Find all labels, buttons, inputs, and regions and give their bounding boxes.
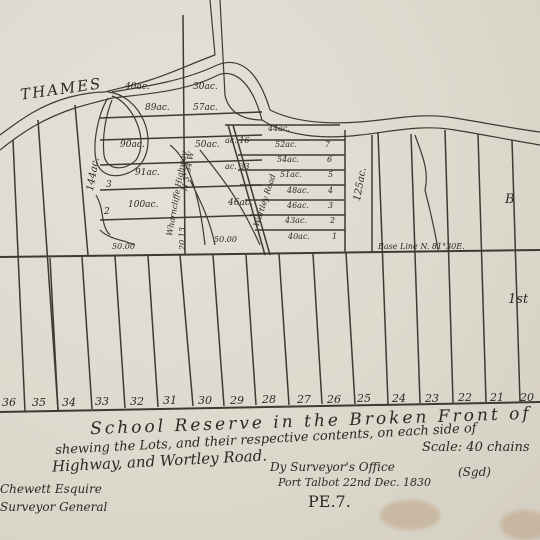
lot-number: 21 xyxy=(490,391,504,404)
parcel-label: 57ac. xyxy=(193,103,218,113)
parcel-area: 54ac. xyxy=(277,155,299,164)
parcel-label: 100ac. xyxy=(128,200,158,210)
lot-number: 29 xyxy=(230,394,244,407)
parcel-label: 90ac. xyxy=(120,140,145,150)
signed-label: (Sgd) xyxy=(458,465,491,479)
survey-map-sheet: THAMES 40ac. 30ac. 89ac. 57ac. 90ac. 91a… xyxy=(0,0,540,540)
chain-mark: 50.00 xyxy=(214,235,237,244)
lot-number: 28 xyxy=(262,393,276,406)
lot-number: 20 xyxy=(520,391,534,404)
lot-number: 30 xyxy=(198,394,212,407)
lot-number: 36 xyxy=(2,396,16,409)
lot-number: 35 xyxy=(32,396,46,409)
wharncliffe-highway xyxy=(183,15,185,255)
concession-label: 1st xyxy=(508,292,528,307)
parcel-label: 46ac. xyxy=(228,198,253,208)
parcel-area: 52ac. xyxy=(275,140,297,149)
parcel-area: 46ac. xyxy=(287,201,309,210)
parcel-area: 48ac. xyxy=(287,186,309,195)
lot-number: 33 xyxy=(95,395,109,408)
parcel-lot: 2 xyxy=(330,216,335,225)
parcel-area: 40ac. xyxy=(288,232,310,241)
lot-number: 22 xyxy=(458,391,472,404)
addressee-line-2: Surveyor General xyxy=(0,500,107,514)
parcel-label: ac. 16 xyxy=(225,136,250,145)
addressee-line-1: Chewett Esquire xyxy=(0,482,102,496)
river-main-south xyxy=(112,73,540,145)
parcel-lot: 4 xyxy=(328,186,333,195)
parcel-label: 91ac. xyxy=(135,168,160,178)
parcel-label: 50ac. xyxy=(195,140,220,150)
lot-number: 32 xyxy=(130,395,144,408)
parcel-label: 89ac. xyxy=(145,103,170,113)
office-date: Port Talbot 22nd Dec. 1830 xyxy=(278,476,431,489)
base-line xyxy=(0,250,540,257)
lot-number: 27 xyxy=(297,393,311,406)
lot-number: 31 xyxy=(163,394,177,407)
parcel-area: 43ac. xyxy=(285,216,307,225)
parcel-lot: 7 xyxy=(325,140,330,149)
lot-number: 34 xyxy=(62,396,76,409)
lot-number: 26 xyxy=(327,393,341,406)
lot-marker: 2 xyxy=(104,207,110,217)
lot-number: 23 xyxy=(425,392,439,405)
lot-number: 24 xyxy=(392,392,406,405)
broken-front-marker: B xyxy=(505,192,515,207)
creek-east xyxy=(415,135,438,250)
base-line-label: Base Line N. 81°30E. xyxy=(378,242,465,251)
parcel-label: 40ac. xyxy=(125,82,150,92)
map-scale: Scale: 40 chains xyxy=(422,440,530,455)
parcel-label: ac. 33 xyxy=(225,162,250,171)
parcel-lot: 6 xyxy=(327,155,332,164)
lot-number: 25 xyxy=(357,392,371,405)
parcel-lot: 5 xyxy=(328,170,333,179)
parcel-lot: 3 xyxy=(328,201,333,210)
parcel-label: 30ac. xyxy=(193,82,218,92)
parcel-area: 51ac. xyxy=(280,170,302,179)
office-label: Dy Surveyor's Office xyxy=(270,460,395,474)
parcel-area: 44ac. xyxy=(268,124,290,133)
paper-stain xyxy=(380,500,440,530)
parcel-lot: 1 xyxy=(332,232,337,241)
chain-mark: 20.13 xyxy=(178,227,187,250)
river-main-north xyxy=(112,62,540,132)
creek-north xyxy=(210,0,262,120)
chain-mark: 50.00 xyxy=(112,242,135,251)
reference-number: PE.7. xyxy=(308,492,351,511)
lot-marker: 3 xyxy=(106,180,112,190)
